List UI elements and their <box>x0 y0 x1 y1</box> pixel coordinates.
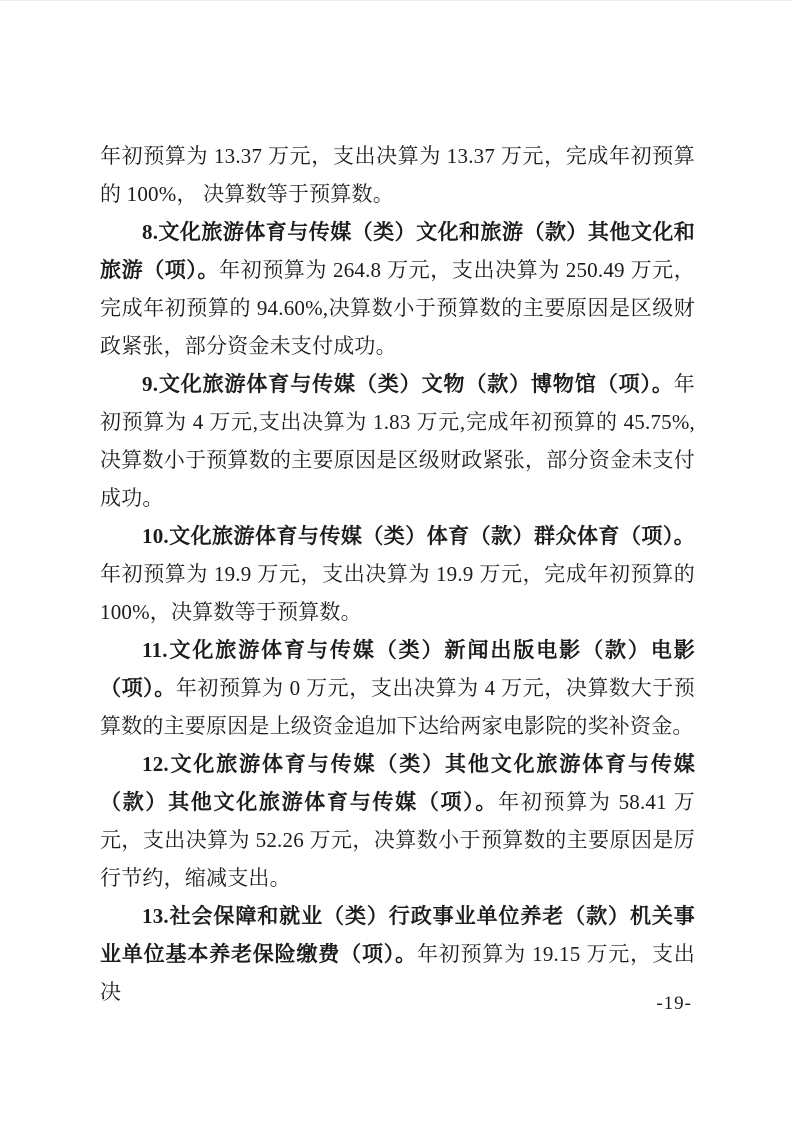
page-number: -19- <box>656 992 692 1016</box>
paragraph-11: 11.文化旅游体育与传媒（类）新闻出版电影（款）电影（项）。年初预算为 0 万元… <box>100 631 695 745</box>
document-body: 年初预算为 13.37 万元，支出决算为 13.37 万元，完成年初预算的 10… <box>100 137 695 1011</box>
paragraph-13: 13.社会保障和就业（类）行政事业单位养老（款）机关事业单位基本养老保险缴费（项… <box>100 897 695 1011</box>
document-page: 年初预算为 13.37 万元，支出决算为 13.37 万元，完成年初预算的 10… <box>0 0 793 1123</box>
paragraph-continuation: 年初预算为 13.37 万元，支出决算为 13.37 万元，完成年初预算的 10… <box>100 137 695 213</box>
paragraph-12: 12.文化旅游体育与传媒（类）其他文化旅游体育与传媒（款）其他文化旅游体育与传媒… <box>100 745 695 897</box>
paragraph-lead: 10.文化旅游体育与传媒（类）体育（款）群众体育（项）。 <box>142 524 695 548</box>
paragraph-8: 8.文化旅游体育与传媒（类）文化和旅游（款）其他文化和旅游（项）。年初预算为 2… <box>100 213 695 365</box>
paragraph-body: 年初预算为 0 万元，支出决算为 4 万元，决算数大于预算数的主要原因是上级资金… <box>100 676 695 738</box>
paragraph-9: 9.文化旅游体育与传媒（类）文物（款）博物馆（项）。年初预算为 4 万元,支出决… <box>100 365 695 517</box>
paragraph-body: 年初预算为 13.37 万元，支出决算为 13.37 万元，完成年初预算的 10… <box>100 144 695 206</box>
paragraph-10: 10.文化旅游体育与传媒（类）体育（款）群众体育（项）。年初预算为 19.9 万… <box>100 517 695 631</box>
paragraph-body: 年初预算为 19.9 万元，支出决算为 19.9 万元，完成年初预算的 100%… <box>100 562 695 624</box>
paragraph-lead: 9.文化旅游体育与传媒（类）文物（款）博物馆（项）。 <box>142 372 674 396</box>
